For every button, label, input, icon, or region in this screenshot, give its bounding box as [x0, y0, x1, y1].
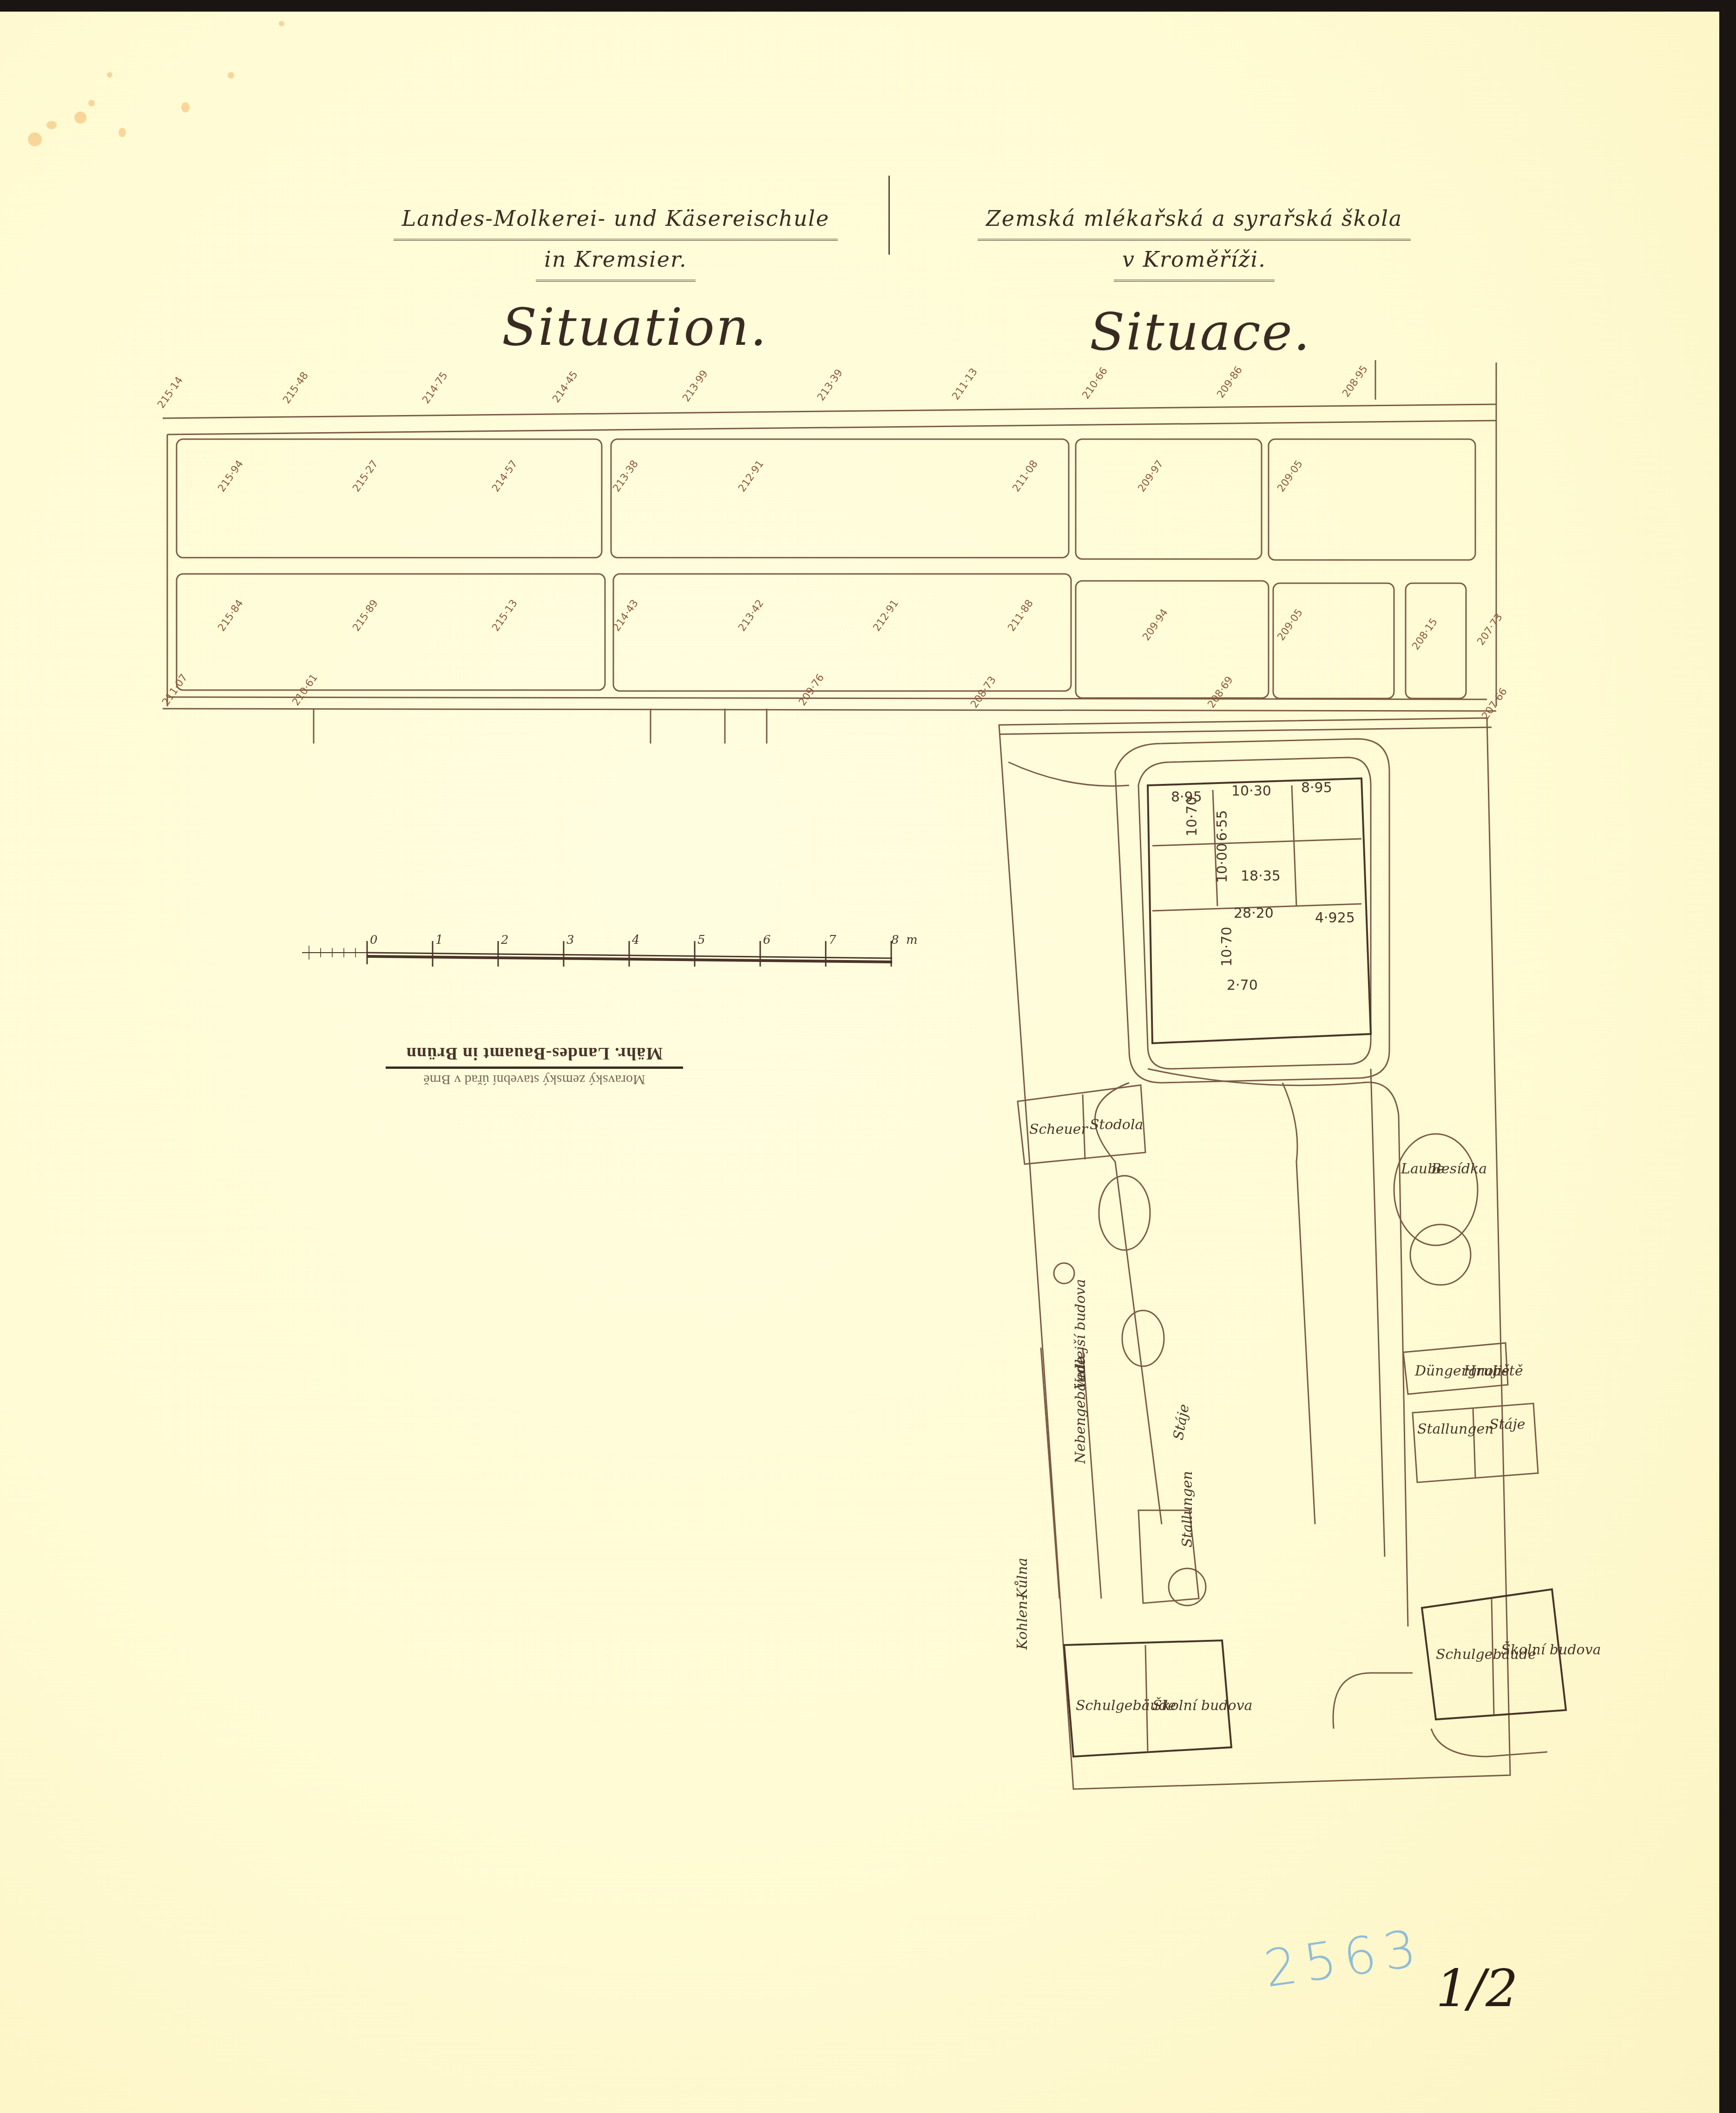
stamp-rule	[386, 1066, 683, 1069]
elevation-label: 215·94	[216, 458, 246, 494]
dimension-label: 10·30	[1231, 783, 1271, 799]
building-labels: Scheuer Stodola Nebengebäude Vedlejší bu…	[1014, 1117, 1601, 1714]
fields-block	[163, 360, 1496, 744]
elevation-label: 215·84	[216, 598, 246, 633]
dimension-label: 6·55	[1214, 810, 1230, 841]
scale-tick-label: 1	[435, 933, 443, 947]
label-stallungen-east: Stallungen	[1417, 1421, 1494, 1437]
dimension-label: 10·70	[1184, 796, 1200, 836]
elevation-label: 214·43	[611, 598, 641, 633]
elevation-label: 214·45	[550, 369, 580, 405]
scale-tick-label: 0	[370, 933, 378, 947]
label-hnojiste: Hnojiště	[1463, 1363, 1523, 1379]
label-vedlejsi-budova: Vedlejší budova	[1072, 1279, 1089, 1389]
elevation-label: 212·91	[736, 458, 766, 494]
elevation-label: 215·48	[281, 370, 311, 406]
field-elevations: 215·14 215·48 214·75 214·45 213·99 213·3…	[155, 363, 1510, 722]
elevation-label: 211·88	[1006, 598, 1036, 633]
elevation-label: 207·66	[1480, 686, 1510, 722]
label-stallungen-west: Stallungen	[1179, 1471, 1196, 1547]
elevation-label: 208·95	[1340, 363, 1370, 399]
scale-tick-label: 7	[829, 933, 836, 947]
elevation-label: 213·42	[736, 598, 766, 633]
dimension-label: 10·70	[1219, 927, 1235, 967]
label-kohlen: Kohlen-	[1014, 1596, 1031, 1650]
label-kulna: Kůlna	[1014, 1558, 1031, 1599]
scale-tick-label: 5	[697, 933, 705, 947]
elevation-label: 208·69	[1205, 674, 1236, 710]
elevation-label: 208·15	[1410, 616, 1440, 652]
elevation-label: 209·86	[1215, 364, 1245, 400]
dimension-label: 28·20	[1234, 905, 1274, 922]
elevation-label: 214·57	[490, 458, 520, 494]
label-besidka: Besídka	[1431, 1161, 1487, 1177]
scale-tick-label: 6	[763, 933, 771, 947]
elevation-label: 213·99	[680, 368, 710, 404]
scale-bar	[302, 941, 892, 967]
elevation-label: 209·94	[1140, 607, 1170, 643]
elevation-label: 208·73	[968, 674, 999, 710]
elevation-label: 215·14	[155, 375, 185, 410]
elevation-label: 215·89	[350, 598, 381, 633]
label-scheuer: Scheuer	[1029, 1121, 1089, 1138]
scale-tick-label: 8	[891, 933, 899, 947]
dimension-label: 2·70	[1227, 977, 1258, 994]
dimension-label: 10·00	[1214, 843, 1230, 883]
scale-tick-label: 2	[501, 933, 509, 947]
stamp-line-czech: Moravský zemský stavební úřad v Brně	[386, 1072, 683, 1087]
office-stamp: Moravský zemský stavební úřad v Brně Mäh…	[386, 1043, 683, 1087]
scale-tick-label: 4	[632, 933, 640, 947]
label-skolni-budova-east: Školní budova	[1501, 1641, 1601, 1658]
dimension-label: 4·925	[1315, 910, 1355, 926]
site-plan-drawing: 215·14 215·48 214·75 214·45 213·99 213·3…	[0, 0, 1736, 2113]
elevation-label: 209·97	[1136, 458, 1166, 494]
elevation-label: 211·13	[950, 366, 980, 402]
elevation-label: 210·66	[1080, 365, 1110, 401]
elevation-label: 213·39	[815, 367, 845, 403]
main-building-dimensions: 8·95 10·30 8·95 10·70 6·55 18·35 10·00 2…	[1171, 780, 1355, 994]
elevation-label: 209·05	[1275, 607, 1305, 643]
elevation-label: 212·91	[871, 598, 901, 633]
scale-tick-label: 3	[566, 933, 574, 947]
label-skolni-budova-west: Školní budova	[1152, 1697, 1252, 1714]
label-staje-east: Stáje	[1489, 1416, 1526, 1433]
sheet-number: 1/2	[1436, 1959, 1518, 2018]
elevation-label: 209·76	[796, 672, 827, 708]
elevation-label: 215·27	[350, 458, 381, 494]
label-staje-west: Stáje	[1170, 1403, 1192, 1441]
school-grounds	[999, 718, 1566, 1789]
scale-unit: m	[906, 933, 918, 947]
dimension-label: 8·95	[1301, 780, 1332, 796]
elevation-label: 213·38	[611, 458, 641, 494]
elevation-label: 214·75	[420, 370, 450, 406]
label-stodola: Stodola	[1090, 1117, 1143, 1133]
stamp-line-german: Mähr. Landes-Bauamt in Brünn	[386, 1043, 683, 1064]
elevation-label: 211·08	[1010, 458, 1040, 494]
dimension-label: 18·35	[1241, 868, 1281, 884]
elevation-label: 209·05	[1275, 458, 1305, 494]
elevation-label: 207·73	[1475, 612, 1505, 647]
elevation-label: 215·13	[490, 598, 520, 633]
